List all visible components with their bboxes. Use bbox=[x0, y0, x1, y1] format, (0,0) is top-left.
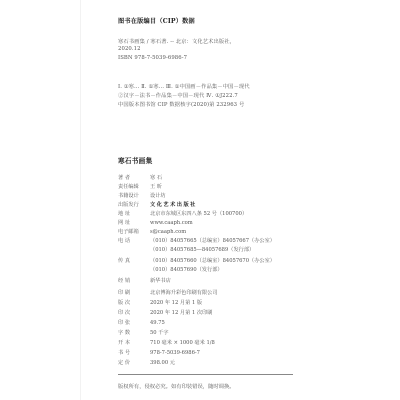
cip-heading: 图书在版编目（CIP）数据 bbox=[118, 16, 195, 25]
detail-row-email: 电子邮箱s@caaph.com bbox=[118, 228, 186, 237]
publisher-logo-text: 文化艺术出版社 bbox=[150, 201, 197, 210]
detail-row-wordcount: 字 数50 千字 bbox=[118, 329, 169, 338]
cip-line: 中国版本图书馆 CIP 数据核字(2020)第 232963 号 bbox=[118, 100, 244, 108]
detail-value: 49.75 bbox=[150, 319, 165, 328]
detail-row-author: 著 者寒 石 bbox=[118, 174, 162, 183]
detail-row-impression: 印 次2020 年 12 月第 1 次印刷 bbox=[118, 309, 212, 318]
detail-value: 398.00 元 bbox=[150, 359, 175, 368]
detail-value: 710 毫米 × 1000 毫米 1/8 bbox=[150, 339, 215, 348]
detail-value: 王 昕 bbox=[150, 183, 162, 192]
cip-line: 寒石书画集 / 寒石著. -- 北京：文化艺术出版社， bbox=[118, 37, 235, 45]
detail-row-design: 书籍设计设计坊 bbox=[118, 192, 166, 201]
website-link: www.caaph.com bbox=[150, 219, 193, 228]
detail-label: 版 次 bbox=[118, 299, 150, 308]
detail-continuation: （010）84057690（发行部） bbox=[150, 266, 223, 275]
detail-value: 50 千字 bbox=[150, 329, 169, 338]
detail-label: 责任编辑 bbox=[118, 183, 150, 192]
detail-row-format: 开 本710 毫米 × 1000 毫米 1/8 bbox=[118, 339, 215, 348]
detail-value: 新华书店 bbox=[150, 277, 171, 286]
detail-label: 书籍设计 bbox=[118, 192, 150, 201]
detail-label: 书 号 bbox=[118, 349, 150, 358]
detail-row-isbn: 书 号978-7-5039-6986-7 bbox=[118, 349, 200, 358]
detail-label: 印 次 bbox=[118, 309, 150, 318]
email-address: s@caaph.com bbox=[150, 228, 186, 237]
detail-value: 北京市东城区东四八条 52 号（100700） bbox=[150, 210, 247, 219]
detail-row-price: 定 价398.00 元 bbox=[118, 359, 175, 368]
detail-label: 印 张 bbox=[118, 319, 150, 328]
detail-value: 寒 石 bbox=[150, 174, 162, 183]
detail-value: 2020 年 12 月第 1 次印刷 bbox=[150, 309, 212, 318]
book-title: 寒石书画集 bbox=[118, 155, 152, 165]
page-gutter-edge bbox=[80, 0, 81, 400]
detail-value: （010）84057660（总编室）84057670（办公室） bbox=[150, 257, 275, 266]
detail-value: 设计坊 bbox=[150, 192, 166, 201]
detail-label: 地 址 bbox=[118, 210, 150, 219]
copyright-notice: 版权所有，侵权必究。如有印装错误，随时调换。 bbox=[118, 382, 235, 390]
detail-label: 出版发行 bbox=[118, 201, 150, 210]
detail-value: 北京博海升彩色印刷有限公司 bbox=[150, 289, 217, 298]
detail-label: 定 价 bbox=[118, 359, 150, 368]
divider-rule bbox=[118, 374, 293, 375]
cip-line: Ⅰ. ①寒… Ⅱ. ①寒… Ⅲ. ①中国画－作品集－中国－现代 bbox=[118, 82, 250, 90]
cip-line: ②汉字－法书－作品集－中国－现代 Ⅳ. ①J222.7 bbox=[118, 91, 238, 99]
cip-line: 2020.12 bbox=[118, 46, 141, 52]
detail-row-website: 网 址www.caaph.com bbox=[118, 219, 193, 228]
detail-value: 978-7-5039-6986-7 bbox=[150, 349, 200, 358]
detail-row-editor: 责任编辑王 昕 bbox=[118, 183, 162, 192]
detail-label: 电子邮箱 bbox=[118, 228, 150, 237]
detail-label: 开 本 bbox=[118, 339, 150, 348]
detail-row-phone: 电 话（010）84057665（总编室）84057667（办公室） bbox=[118, 237, 275, 246]
detail-label: 电 话 bbox=[118, 237, 150, 246]
detail-row-address: 地 址北京市东城区东四八条 52 号（100700） bbox=[118, 210, 247, 219]
detail-label: 著 者 bbox=[118, 174, 150, 183]
detail-label: 字 数 bbox=[118, 329, 150, 338]
detail-continuation: （010）84057685—84057689（发行部） bbox=[150, 246, 254, 255]
detail-label: 传 真 bbox=[118, 257, 150, 266]
detail-value: 2020 年 12 月第 1 版 bbox=[150, 299, 202, 308]
detail-label: 印 刷 bbox=[118, 289, 150, 298]
detail-label: 经 销 bbox=[118, 277, 150, 286]
detail-label: 网 址 bbox=[118, 219, 150, 228]
cip-line: ISBN 978-7-5039-6986-7 bbox=[118, 55, 187, 61]
detail-row-sheets: 印 张49.75 bbox=[118, 319, 165, 328]
detail-row-edition: 版 次2020 年 12 月第 1 版 bbox=[118, 299, 202, 308]
detail-row-printer: 印 刷北京博海升彩色印刷有限公司 bbox=[118, 289, 217, 298]
detail-row-distributor: 经 销新华书店 bbox=[118, 277, 171, 286]
detail-value: （010）84057665（总编室）84057667（办公室） bbox=[150, 237, 275, 246]
detail-row-publisher: 出版发行文化艺术出版社 bbox=[118, 201, 197, 210]
detail-row-fax: 传 真（010）84057660（总编室）84057670（办公室） bbox=[118, 257, 275, 266]
